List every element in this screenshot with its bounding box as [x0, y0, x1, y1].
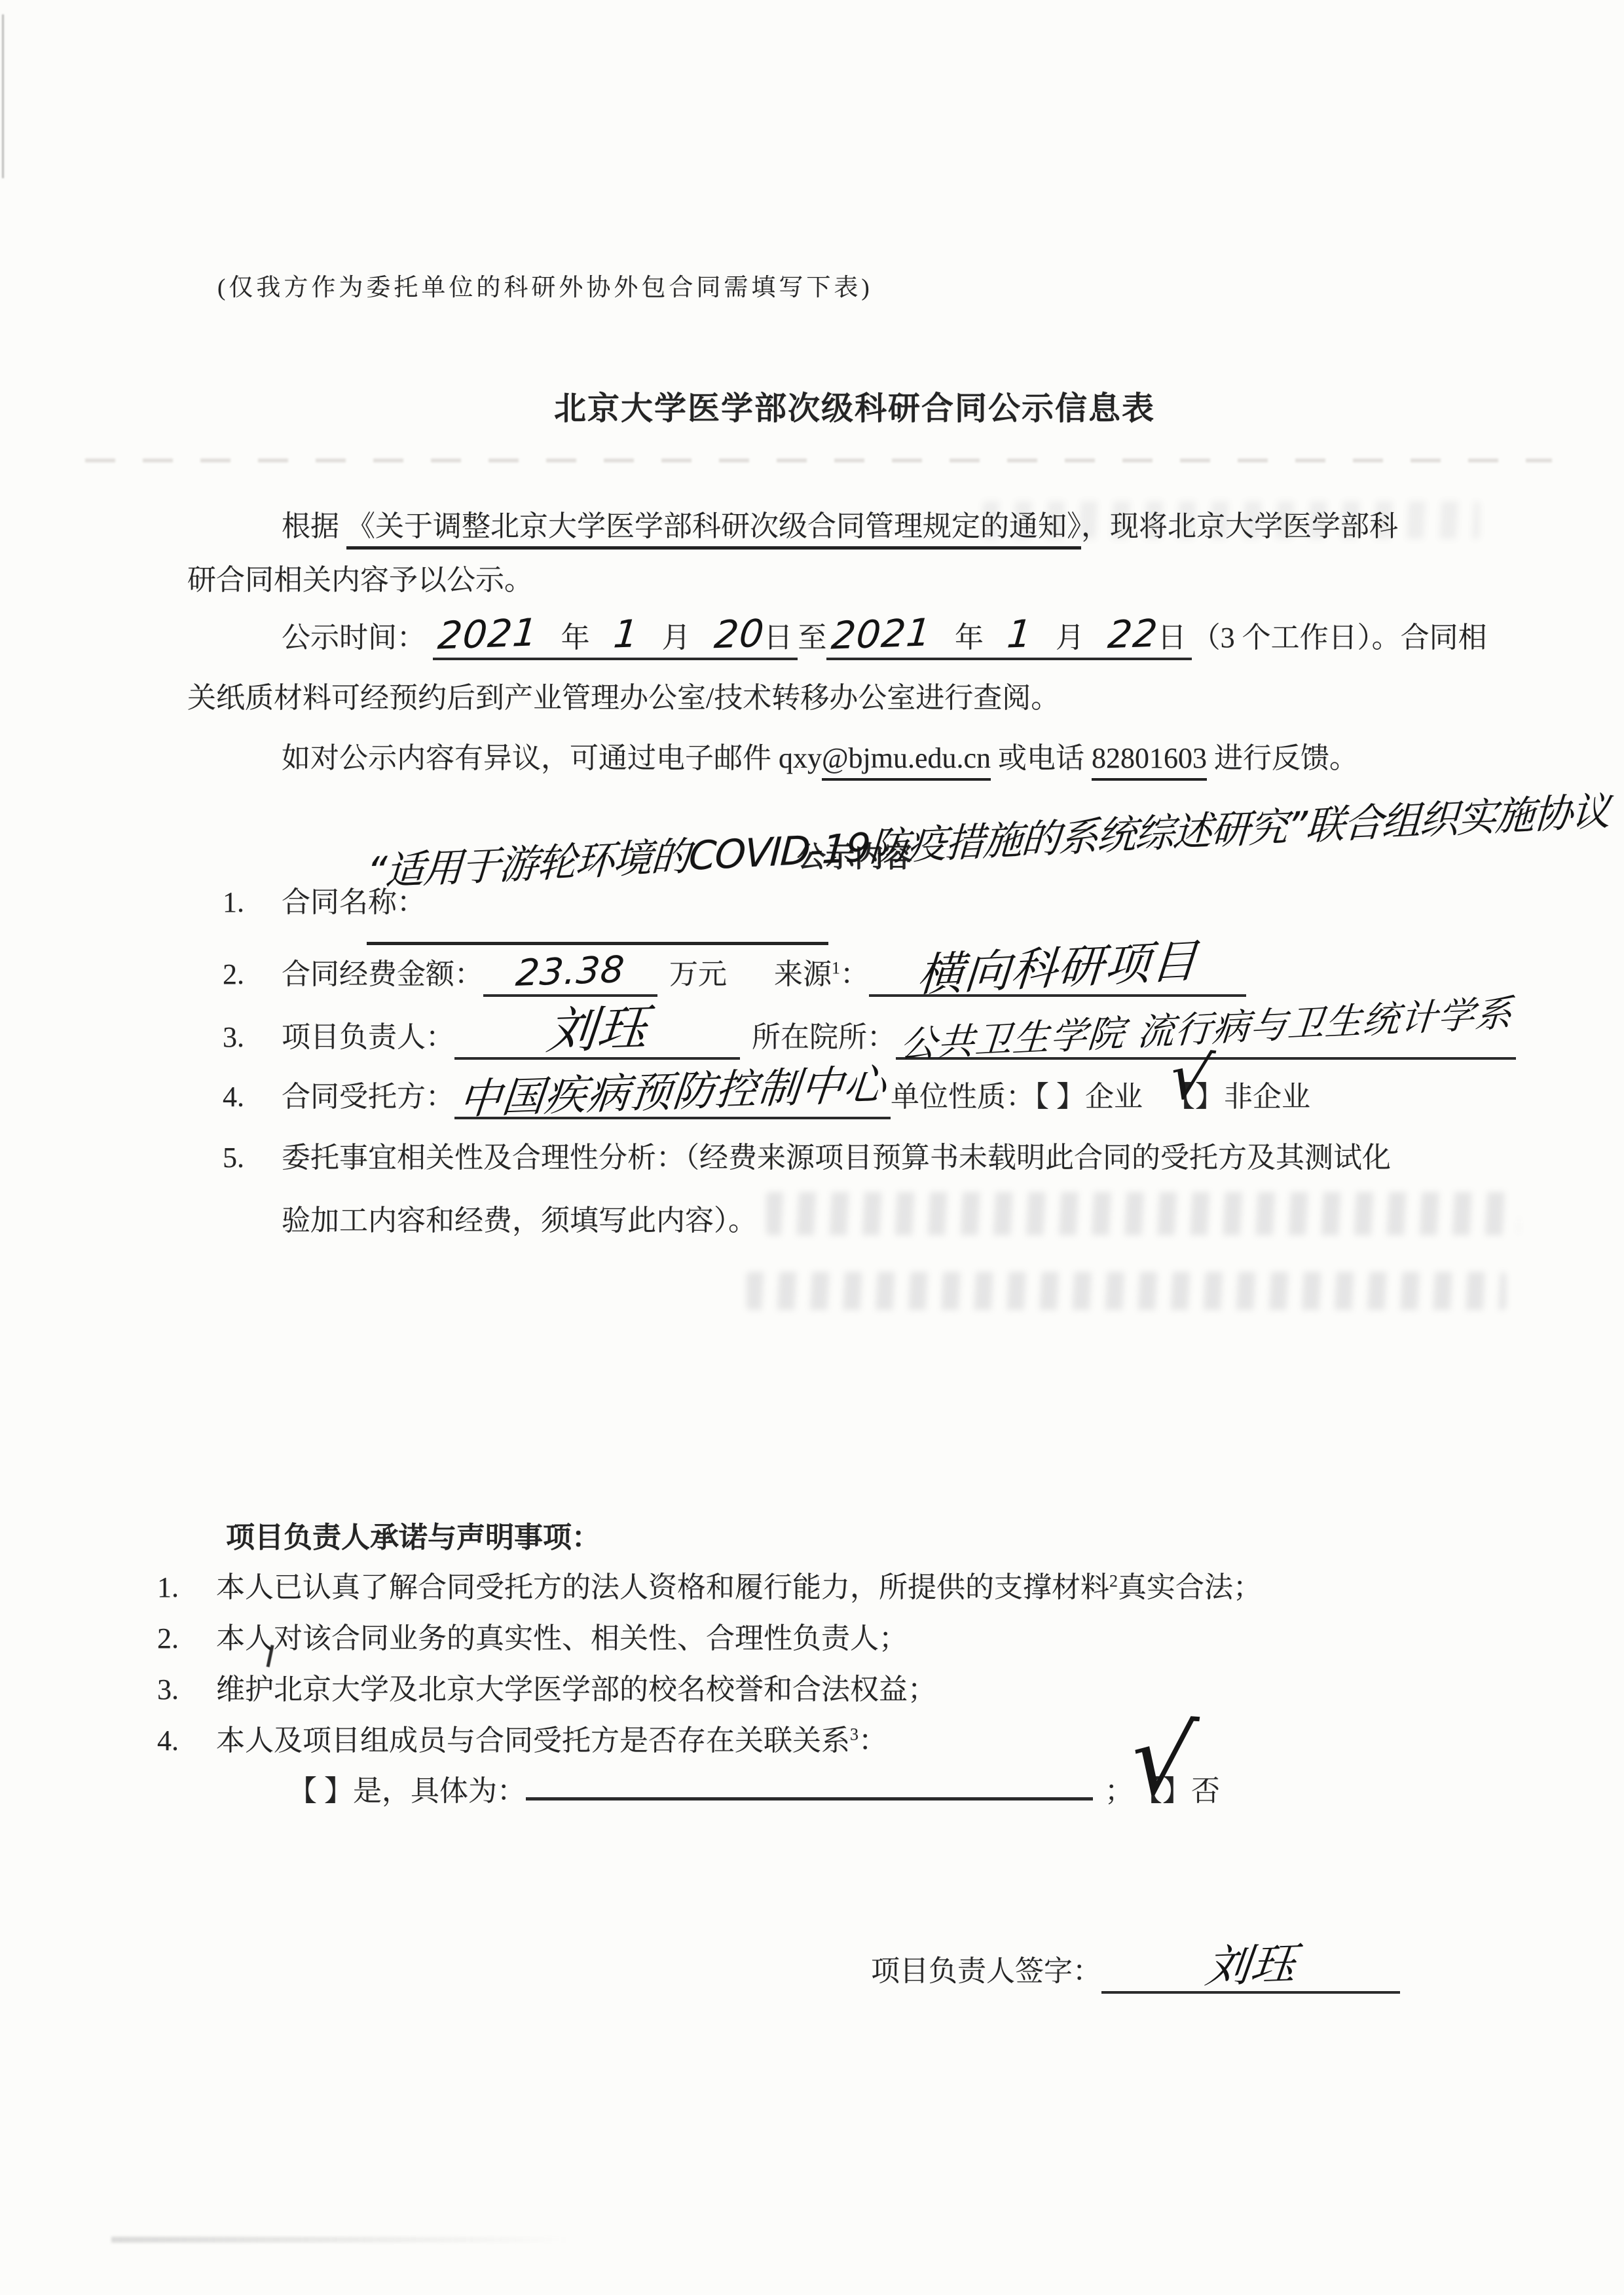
feedback-line: 如对公示内容有异议，可通过电子邮件 qxy@bjmu.edu.cn 或电话 82… — [282, 741, 1358, 775]
footnote-superscript: 3 — [850, 1725, 858, 1744]
year-char: 年 — [561, 622, 590, 654]
checkbox-non-enterprise: 【√】 — [1166, 1080, 1224, 1114]
handwritten-leader-name: 刘珏 — [545, 1015, 649, 1047]
commitment-text-post: 真实合法； — [1118, 1571, 1262, 1603]
commitment-heading: 项目负责人承诺与声明事项： — [226, 1521, 600, 1555]
page-title: 北京大学医学部次级科研合同公示信息表 — [0, 392, 1624, 426]
item-number: 2. — [223, 958, 282, 992]
analysis-paren-1: （经费来源项目预算书未载明此合同的受托方及其测试化 — [685, 1142, 1391, 1174]
item-number: 1. — [223, 886, 282, 920]
year-char: 年 — [955, 622, 984, 654]
source-field: 横向科研项目 — [869, 955, 1246, 997]
commitment-item-4: 4.本人及项目组成员与合同受托方是否存在关联关系3： — [157, 1724, 887, 1758]
handwritten-check-no: √ — [1124, 1709, 1200, 1812]
bleed-through-artifact — [747, 1272, 1506, 1310]
contract-name-underline — [367, 942, 828, 945]
item-number: 3. — [157, 1673, 216, 1707]
day-char: 日 — [1158, 622, 1187, 654]
handwritten-signature: 刘珏 — [1204, 1952, 1297, 1984]
bleed-through-artifact — [766, 1192, 1519, 1235]
publicity-time-line-2: 关纸质材料可经预约后到产业管理办公室/技术转移办公室进行查阅。 — [187, 681, 1060, 715]
leader-label: 项目负责人： — [282, 1021, 454, 1053]
commitment-text: 本人已认真了解合同受托方的法人资格和履行能力，所提供的支撑材料 — [216, 1571, 1109, 1603]
commitment-item-3: 3.维护北京大学及北京大学医学部的校名校誉和合法权益； — [157, 1673, 936, 1707]
feedback-mid: 或电话 — [991, 742, 1092, 774]
item-number: 1. — [157, 1571, 216, 1605]
amount-field: 23.38 — [483, 958, 657, 997]
feedback-pre: 如对公示内容有异议，可通过电子邮件 — [282, 742, 779, 774]
scanned-form-page: (仅我方作为委托单位的科研外协外包合同需填写下表) 北京大学医学部次级科研合同公… — [0, 0, 1624, 2295]
publicity-time-tail: （3 个工作日）。合同相 — [1192, 622, 1487, 654]
handwritten-day-end: 22 — [1107, 620, 1159, 651]
commitment-text-post: ： — [858, 1725, 887, 1757]
feedback-phone: 82801603 — [1092, 742, 1207, 781]
checkbox-yes: 【 】 — [288, 1775, 353, 1807]
scan-streak-artifact — [111, 2237, 570, 2243]
enterprise-option-label: 企业 — [1085, 1081, 1143, 1113]
no-label: 否 — [1191, 1775, 1220, 1807]
handwritten-contract-name: “适用于游轮环境的COVID-19防疫措施的系统综述研究”联合组织实施协议 — [365, 794, 1610, 889]
item-contractor: 4.合同受托方：中国疾病预防控制中心单位性质：【 】企业【√】非企业 — [223, 1079, 1310, 1119]
item-project-leader: 3.项目负责人：刘珏所在院所：公共卫生学院 流行病与卫生统计学系 — [223, 1017, 1516, 1060]
month-char: 月 — [1056, 622, 1084, 654]
amount-unit: 万元 — [669, 958, 727, 990]
feedback-email-user: qxy — [779, 742, 822, 774]
contractor-field: 中国疾病预防控制中心 — [454, 1079, 891, 1119]
item-number: 3. — [223, 1020, 282, 1054]
publicity-time-line: 公示时间： 2021年1月20日 至 2021年1月22日 （3 个工作日）。合… — [282, 621, 1487, 660]
handwritten-year-end: 2021 — [830, 619, 932, 651]
scan-dash-artifact — [85, 458, 1552, 462]
analysis-label: 委托事宜相关性及合理性分析： — [282, 1142, 685, 1174]
item-contract-amount: 2.合同经费金额：23.38万元来源1：横向科研项目 — [223, 955, 1246, 997]
department-label: 所在院所： — [752, 1021, 896, 1053]
commitment-text: 维护北京大学及北京大学医学部的校名校誉和合法权益； — [216, 1673, 936, 1706]
source-superscript: 1 — [832, 958, 840, 977]
item-contract-name: 1.合同名称： “适用于游轮环境的COVID-19防疫措施的系统综述研究”联合组… — [223, 886, 426, 920]
item-number: 5. — [223, 1141, 282, 1175]
leader-field: 刘珏 — [454, 1017, 740, 1060]
nature-label: 单位性质： — [891, 1081, 1035, 1113]
item-analysis: 5.委托事宜相关性及合理性分析：（经费来源项目预算书未载明此合同的受托方及其测试… — [223, 1141, 1391, 1175]
feedback-email-domain: @bjmu.edu.cn — [822, 742, 991, 781]
handwritten-contractor: 中国疾病预防控制中心 — [458, 1072, 887, 1116]
signature-field: 刘珏 — [1101, 1953, 1400, 1994]
scan-edge-artifact — [2, 14, 4, 178]
feedback-post: 进行反馈。 — [1207, 742, 1358, 774]
handwritten-year-start: 2021 — [437, 619, 539, 651]
date-field-end: 2021年1月22日 — [826, 621, 1191, 660]
relation-line: 【 】是，具体为：；【√】否 — [288, 1766, 1220, 1808]
footnote-superscript: 2 — [1109, 1571, 1118, 1590]
source-colon: ： — [840, 958, 869, 990]
commitment-item-2: 2.本人对该合同业务的真实性、相关性、合理性负责人； — [157, 1622, 908, 1656]
checkbox-no: 【√】 — [1134, 1774, 1191, 1808]
publicity-time-label: 公示时间： — [282, 622, 426, 654]
non-enterprise-option-label: 非企业 — [1224, 1081, 1310, 1113]
amount-label: 合同经费金额： — [282, 958, 483, 990]
item-number: 2. — [157, 1622, 216, 1656]
item-number: 4. — [157, 1724, 216, 1758]
top-note: (仅我方作为委托单位的科研外协外包合同需填写下表) — [217, 271, 873, 305]
commitment-text: 本人对该合同业务的真实性、相关性、合理性负责人； — [216, 1622, 908, 1654]
handwritten-day-start: 20 — [712, 620, 765, 651]
intro-after: ，现将北京大学医学部科 — [1081, 510, 1398, 542]
intro-line-1: 根据 《关于调整北京大学医学部科研次级合同管理规定的通知》，现将北京大学医学部科 — [282, 510, 1398, 544]
source-label: 来源 — [774, 958, 832, 990]
day-char: 日 — [764, 622, 792, 654]
contractor-label: 合同受托方： — [282, 1081, 454, 1113]
handwritten-month-end: 1 — [1006, 620, 1033, 650]
handwritten-amount: 23.38 — [515, 957, 626, 990]
handwritten-month-start: 1 — [612, 620, 640, 650]
relation-detail-field — [526, 1766, 1093, 1801]
item-analysis-line-2: 验加工内容和经费，须填写此内容）。 — [282, 1204, 757, 1238]
intro-pre: 根据 — [282, 510, 346, 542]
month-char: 月 — [662, 622, 691, 654]
commitment-item-1: 1.本人已认真了解合同受托方的法人资格和履行能力，所提供的支撑材料2真实合法； — [157, 1571, 1262, 1605]
handwritten-source: 横向科研项目 — [916, 948, 1198, 991]
item-number: 4. — [223, 1080, 282, 1114]
intro-line-2: 研合同相关内容予以公示。 — [187, 563, 533, 597]
to-char: 至 — [798, 622, 826, 654]
regulation-doc-title: 《关于调整北京大学医学部科研次级合同管理规定的通知》 — [346, 510, 1081, 550]
commitment-text: 本人及项目组成员与合同受托方是否存在关联关系 — [216, 1725, 850, 1757]
signature-label: 项目负责人签字： — [871, 1955, 1101, 1987]
signature-line: 项目负责人签字：刘珏 — [871, 1953, 1400, 1994]
date-field-start: 2021年1月20日 — [433, 621, 798, 660]
checkbox-enterprise: 【 】 — [1035, 1081, 1085, 1113]
yes-label: 是，具体为： — [353, 1775, 526, 1807]
